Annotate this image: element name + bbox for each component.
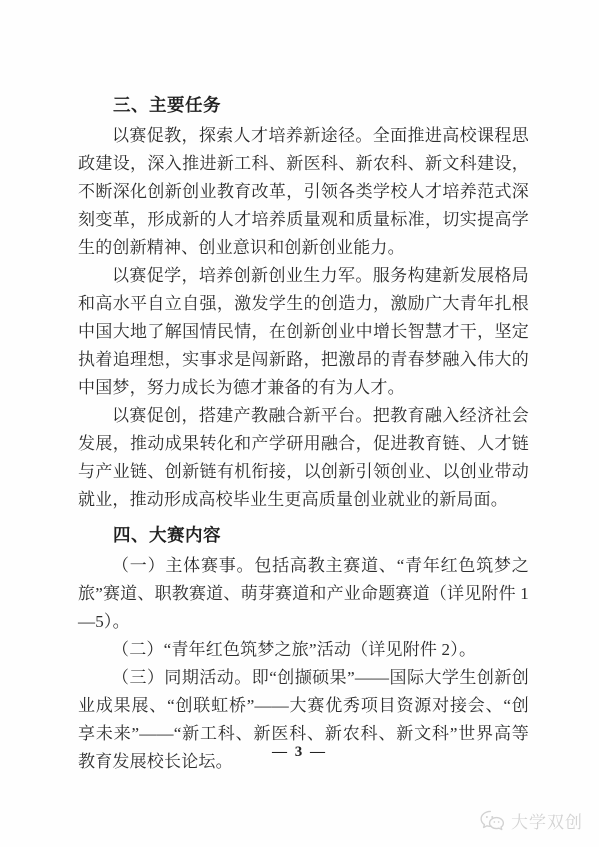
paragraph-promote-teaching: 以赛促教，探索人才培养新途径。全面推进高校课程思政建设，深入推进新工科、新医科、… (78, 122, 529, 262)
paragraph-red-journey-activity: （二）“青年红色筑梦之旅”活动（详见附件 2）。 (78, 636, 529, 664)
watermark-text: 大学双创 (511, 808, 583, 833)
watermark: 大学双创 (480, 808, 583, 833)
document-page: 三、主要任务 以赛促教，探索人才培养新途径。全面推进高校课程思政建设，深入推进新… (0, 0, 599, 847)
page-number: — 3 — (0, 744, 599, 761)
section-heading-main-tasks: 三、主要任务 (78, 90, 529, 120)
paragraph-promote-learning: 以赛促学，培养创新创业生力军。服务构建新发展格局和高水平自立自强，激发学生的创造… (78, 262, 529, 402)
wechat-icon (480, 810, 506, 832)
section-heading-competition-content: 四、大赛内容 (78, 520, 529, 550)
document-content: 三、主要任务 以赛促教，探索人才培养新途径。全面推进高校课程思政建设，深入推进新… (78, 90, 529, 776)
paragraph-main-events: （一）主体赛事。包括高教主赛道、“青年红色筑梦之旅”赛道、职教赛道、萌芽赛道和产… (78, 552, 529, 636)
paragraph-promote-innovation: 以赛促创，搭建产教融合新平台。把教育融入经济社会发展，推动成果转化和产学研用融合… (78, 402, 529, 514)
